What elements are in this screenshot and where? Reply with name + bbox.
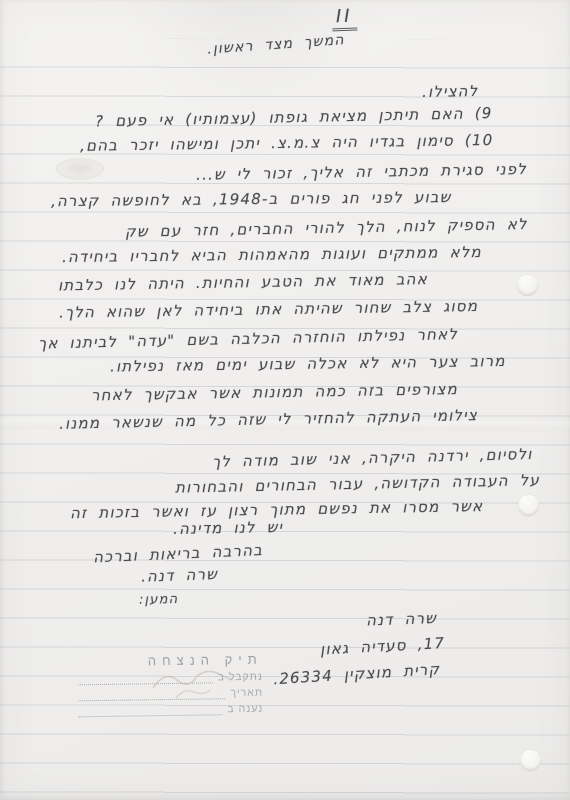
letter-line: שבוע לפני חג פורים ב-1948, בא לחופשה קצר… [51,188,452,210]
letter-line: מצורפים בזה כמה תמונות אשר אבקשך לאחר [91,380,458,404]
signature: שרה דנה. [141,565,219,586]
page-number: II [332,6,357,32]
letter-line: לפני סגירת מכתבי זה אליך, זכור לי ש... [196,160,527,184]
letter-line: מסוג צלב שחור שהיתה אתו ביחידה לאן שהוא … [59,297,478,322]
hole-punch [518,495,539,516]
address-label: המען: [138,592,178,608]
hole-punch [520,750,541,771]
scanned-letter-page: II המשך מצד ראשון. להצילו. 9) האם תיתכן … [0,0,570,800]
address-name: שרה דנה [366,609,438,629]
letter-line: יש לנו מדינה. [173,518,283,538]
letter-line: ולסיום, ירדנה היקרה, אני שוב מודה לך [212,445,533,471]
pencil-scribble [148,658,238,708]
address-street: 17, סעדיה גאון [320,634,446,659]
letter-line: מלא ממתקים ועוגות מהאמהות הביא לחבריו בי… [62,243,482,266]
stamp-dotted-line [78,713,222,717]
hole-punch [517,275,538,296]
address-city: קרית מוצקין 26334. [273,660,441,688]
letter-line: להצילו. [421,82,478,101]
letter-line: 10) סימון בגדיו היה צ.מ.צ. יתכן ומישהו י… [80,131,494,155]
correction-smudge [56,158,104,180]
letter-line: לאחר נפילתו הוחזרה הכלבה בשם "עדה" לביתנ… [38,325,458,353]
letter-line: מרוב צער היא לא אכלה שבוע ימים מאז נפילת… [110,352,506,376]
letter-line: על העבודה הקדושה, עבור הבחורים והבחורות [175,471,540,497]
closing-blessing: בהרבה בריאות וברכה [93,541,264,566]
letter-line: אהב מאוד את הטבע והחיות. היתה לנו כלבתו [58,270,428,294]
letter-line: לא הספיק לנוח, הלך להורי החברים, חזר עם … [125,215,528,241]
